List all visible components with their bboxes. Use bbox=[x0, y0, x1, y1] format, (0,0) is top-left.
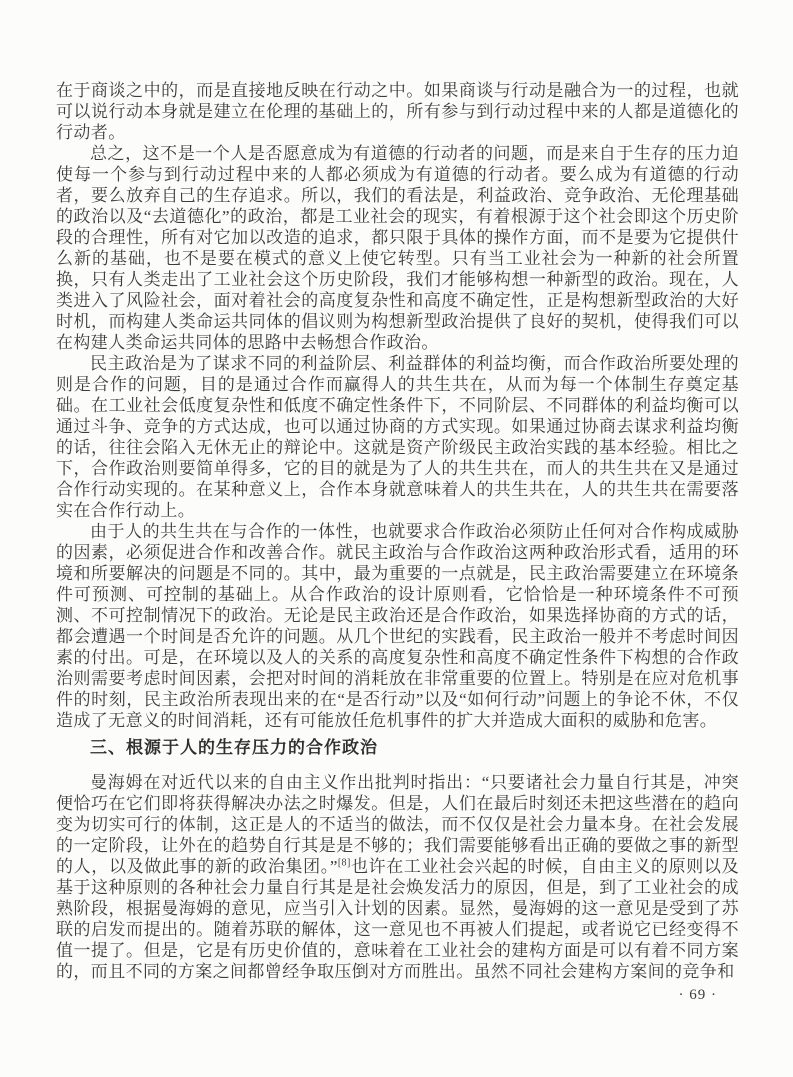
body-paragraph: 曼海姆在对近代以来的自由主义作出批判时指出：“只要诸社会力量自行其是，冲突便恰巧… bbox=[56, 772, 739, 982]
body-paragraph: 总之，这不是一个人是否愿意成为有道德的行动者的问题，而是来自于生存的压力迫使每一… bbox=[56, 143, 739, 353]
body-paragraph: 民主政治是为了谋求不同的利益阶层、利益群体的利益均衡，而合作政治所要处理的则是合… bbox=[56, 353, 739, 521]
page-number: · 69 · bbox=[56, 985, 739, 1006]
text-column: 在于商谈之中的，而是直接地反映在行动之中。如果商谈与行动是融合为一的过程，也就可… bbox=[56, 80, 739, 1006]
body-paragraph-continued: 在于商谈之中的，而是直接地反映在行动之中。如果商谈与行动是融合为一的过程，也就可… bbox=[56, 80, 739, 143]
document-page: 在于商谈之中的，而是直接地反映在行动之中。如果商谈与行动是融合为一的过程，也就可… bbox=[0, 0, 793, 1077]
section-heading: 三、根源于人的生存压力的合作政治 bbox=[56, 737, 739, 758]
body-paragraph: 由于人的共生共在与合作的一体性，也就要求合作政治必须防止任何对合作构成威胁的因素… bbox=[56, 521, 739, 731]
footnote-ref-8: [8] bbox=[338, 857, 351, 868]
